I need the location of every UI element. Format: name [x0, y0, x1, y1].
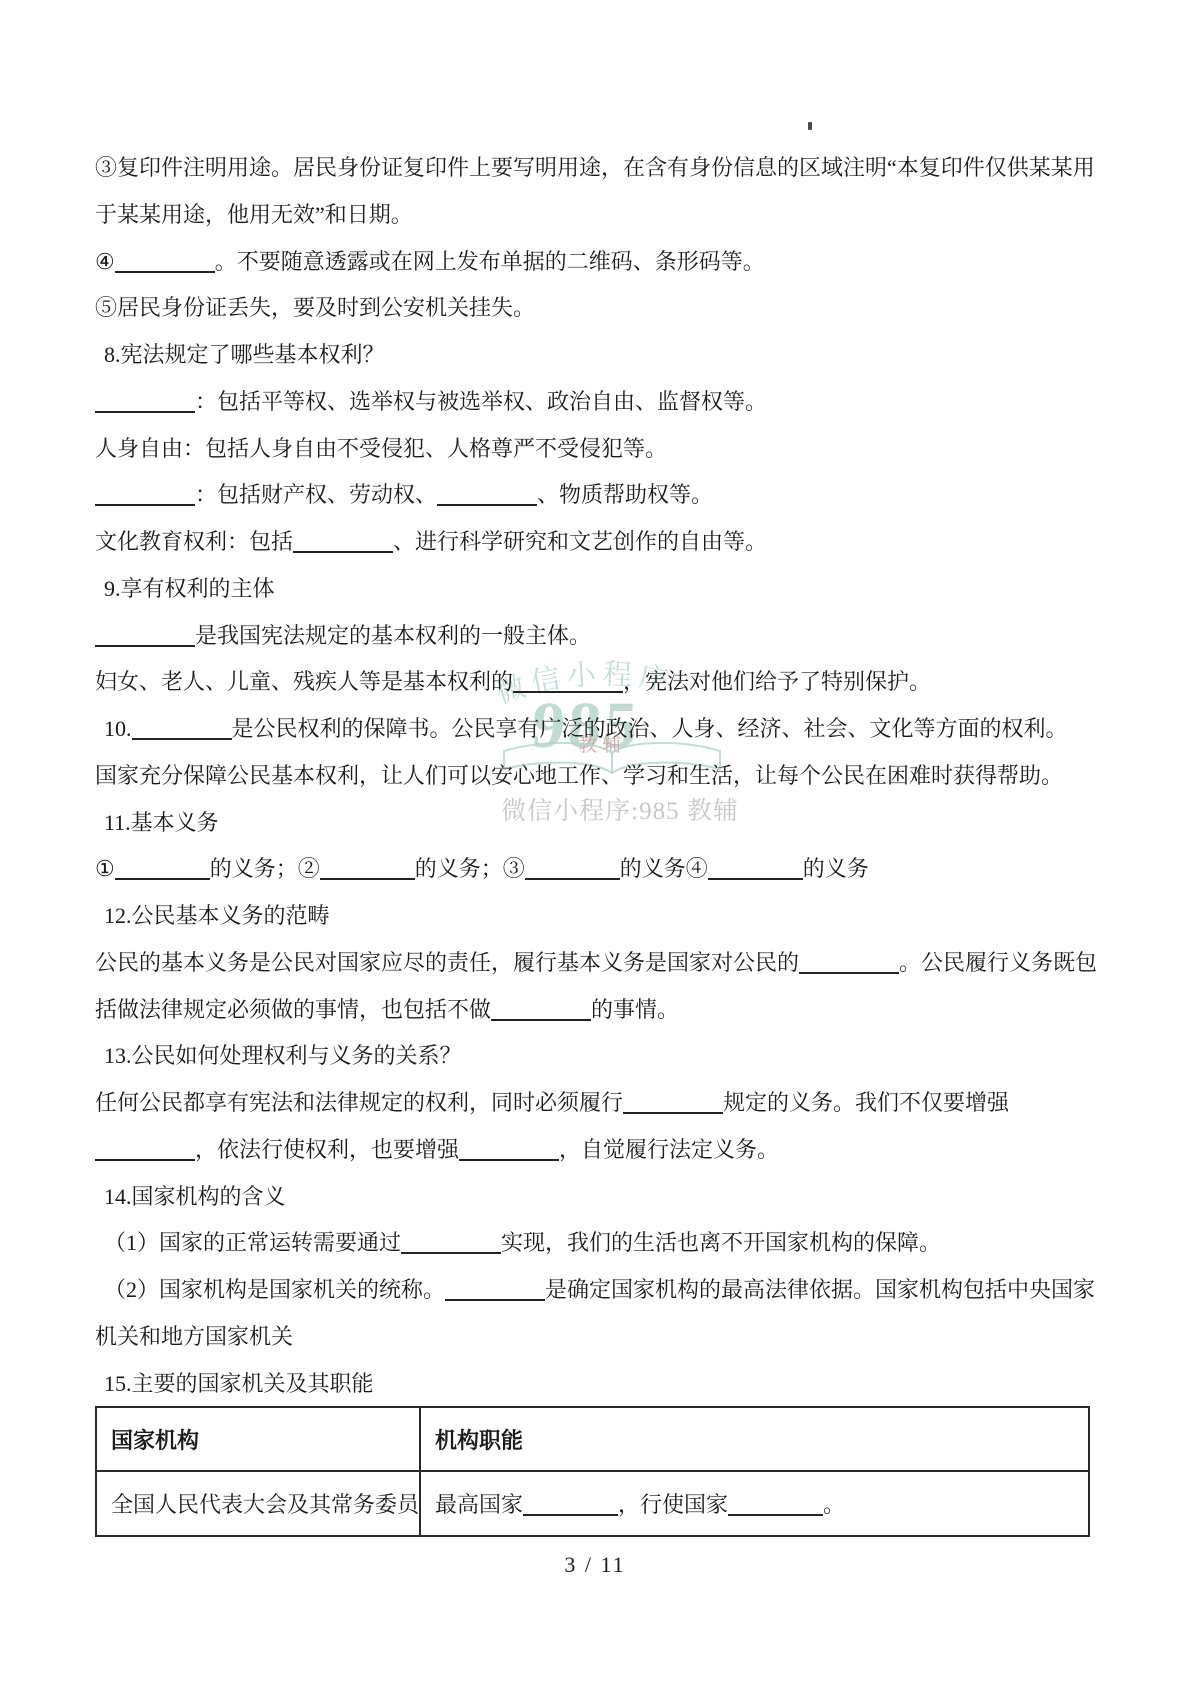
table-header-cell: 机构职能 [420, 1407, 1089, 1471]
text-run: 的义务；③ [415, 856, 525, 881]
table-header-row: 国家机构机构职能 [96, 1407, 1089, 1471]
organ-name-cell: 全国人民代表大会及其常务委员会 [96, 1471, 420, 1536]
blank-underline [401, 1247, 501, 1254]
document-body: ③复印件注明用途。居民身份证复印件上要写明用途，在含有身份信息的区域注明“本复印… [95, 145, 1098, 1407]
doc-line: ③复印件注明用途。居民身份证复印件上要写明用途，在含有身份信息的区域注明“本复印… [95, 145, 1098, 192]
text-run: 国家充分保障公民基本权利，让人们可以安心地工作、学习和生活，让每个公民在困难时获… [95, 763, 1063, 788]
text-run: 规定的义务。我们不仅要增强 [723, 1090, 1009, 1115]
text-run: ④ [95, 249, 115, 274]
doc-line: 公民的基本义务是公民对国家应尽的责任，履行基本义务是国家对公民的。公民履行义务既… [95, 940, 1098, 987]
blank-underline [799, 967, 899, 974]
text-run: 12.公民基本义务的范畴 [104, 903, 330, 928]
text-run: 全国人民代表大会及其常务委员会 [111, 1492, 420, 1517]
organ-function-cell: 最高国家，行使国家。 [420, 1471, 1089, 1536]
text-run: 10. [104, 716, 132, 741]
doc-line: ①的义务；②的义务；③的义务④的义务 [95, 846, 1098, 893]
blank-underline [525, 873, 620, 880]
text-run: 、物质帮助权等。 [537, 482, 713, 507]
doc-line: 任何公民都享有宪法和法律规定的权利，同时必须履行规定的义务。我们不仅要增强 [95, 1080, 1098, 1127]
text-run: 14.国家机构的含义 [104, 1184, 286, 1209]
table-row: 全国人民代表大会及其常务委员会最高国家，行使国家。 [96, 1471, 1089, 1536]
doc-line: （1）国家的正常运转需要通过实现，我们的生活也离不开国家机构的保障。 [95, 1220, 1098, 1267]
doc-line: 文化教育权利：包括、进行科学研究和文艺创作的自由等。 [95, 519, 1098, 566]
doc-line: 于某某用途，他用无效”和日期。 [95, 192, 1098, 239]
text-run: 15.主要的国家机关及其职能 [104, 1371, 374, 1396]
blank-underline [132, 733, 232, 740]
doc-line: 妇女、老人、儿童、残疾人等是基本权利的，宪法对他们给予了特别保护。 [95, 659, 1098, 706]
text-run: 是确定国家机构的最高法律依据。国家机构包括中央国家 [545, 1277, 1095, 1302]
text-run: 实现，我们的生活也离不开国家机构的保障。 [501, 1230, 941, 1255]
text-run: 机关和地方国家机关 [95, 1324, 293, 1349]
blank-underline [728, 1509, 823, 1516]
doc-line: ⑤居民身份证丢失，要及时到公安机关挂失。 [95, 285, 1098, 332]
blank-underline [95, 406, 195, 413]
doc-line: 13.公民如何处理权利与义务的关系？ [95, 1033, 1098, 1080]
text-run: 人身自由：包括人身自由不受侵犯、人格尊严不受侵犯等。 [95, 436, 667, 461]
text-run: （1）国家的正常运转需要通过 [104, 1230, 401, 1255]
page-number: 3 / 11 [0, 1552, 1190, 1578]
text-run: 的事情。 [591, 997, 679, 1022]
text-run: ③复印件注明用途。居民身份证复印件上要写明用途，在含有身份信息的区域注明“本复印… [95, 155, 1095, 180]
blank-underline [623, 1107, 723, 1114]
text-run: ，自觉履行法定义务。 [559, 1137, 779, 1162]
text-run: 的义务；② [210, 856, 320, 881]
doc-line: 14.国家机构的含义 [95, 1174, 1098, 1221]
doc-line: ：包括财产权、劳动权、、物质帮助权等。 [95, 472, 1098, 519]
blank-underline [115, 873, 210, 880]
doc-line: 12.公民基本义务的范畴 [95, 893, 1098, 940]
stray-mark [808, 122, 812, 130]
blank-underline [95, 640, 195, 647]
text-run: 最高国家 [435, 1492, 523, 1517]
text-run: 妇女、老人、儿童、残疾人等是基本权利的 [95, 669, 513, 694]
blank-underline [445, 1294, 545, 1301]
text-run: ① [95, 856, 115, 881]
text-run: 文化教育权利：包括 [95, 529, 293, 554]
blank-underline [708, 873, 803, 880]
text-run: 公民的基本义务是公民对国家应尽的责任，履行基本义务是国家对公民的 [95, 950, 799, 975]
document-page: 微信小程序 985 教辅 微信小程序:985 教辅 ③复印件注明用途。居民身份证… [0, 0, 1190, 1683]
blank-underline [491, 1014, 591, 1021]
text-run: 于某某用途，他用无效”和日期。 [95, 202, 413, 227]
blank-underline [513, 686, 623, 693]
doc-line: 机关和地方国家机关 [95, 1314, 1098, 1361]
doc-line: 10.是公民权利的保障书。公民享有广泛的政治、人身、经济、社会、文化等方面的权利… [95, 706, 1098, 753]
text-run: 是公民权利的保障书。公民享有广泛的政治、人身、经济、社会、文化等方面的权利。 [232, 716, 1068, 741]
text-run: 13.公民如何处理权利与义务的关系？ [104, 1043, 462, 1068]
text-run: 。不要随意透露或在网上发布单据的二维码、条形码等。 [215, 249, 765, 274]
doc-line: 括做法律规定必须做的事情，也包括不做的事情。 [95, 987, 1098, 1034]
text-run: ：包括平等权、选举权与被选举权、政治自由、监督权等。 [195, 389, 767, 414]
table-header-cell: 国家机构 [96, 1407, 420, 1471]
doc-line: 国家充分保障公民基本权利，让人们可以安心地工作、学习和生活，让每个公民在困难时获… [95, 753, 1098, 800]
blank-underline [95, 1154, 195, 1161]
doc-line: ：包括平等权、选举权与被选举权、政治自由、监督权等。 [95, 379, 1098, 426]
text-run: 9.享有权利的主体 [104, 576, 275, 601]
doc-line: 11.基本义务 [95, 800, 1098, 847]
doc-line: 8.宪法规定了哪些基本权利？ [95, 332, 1098, 379]
blank-underline [459, 1154, 559, 1161]
blank-underline [115, 266, 215, 273]
text-run: 、进行科学研究和文艺创作的自由等。 [393, 529, 767, 554]
text-run: 任何公民都享有宪法和法律规定的权利，同时必须履行 [95, 1090, 623, 1115]
text-run: 8.宪法规定了哪些基本权利？ [104, 342, 385, 367]
text-run: ：包括财产权、劳动权、 [195, 482, 437, 507]
doc-line: 人身自由：包括人身自由不受侵犯、人格尊严不受侵犯等。 [95, 426, 1098, 473]
blank-underline [437, 499, 537, 506]
doc-line: ④。不要随意透露或在网上发布单据的二维码、条形码等。 [95, 239, 1098, 286]
text-run: 的义务④ [620, 856, 708, 881]
doc-line: 15.主要的国家机关及其职能 [95, 1361, 1098, 1408]
text-run: ，行使国家 [618, 1492, 728, 1517]
text-run: ，依法行使权利，也要增强 [195, 1137, 459, 1162]
state-organs-table: 国家机构机构职能全国人民代表大会及其常务委员会最高国家，行使国家。 [95, 1406, 1090, 1537]
blank-underline [320, 873, 415, 880]
text-run: 的义务 [803, 856, 869, 881]
text-run: 。公民履行义务既包 [899, 950, 1097, 975]
blank-underline [523, 1509, 618, 1516]
doc-line: （2）国家机构是国家机关的统称。是确定国家机构的最高法律依据。国家机构包括中央国… [95, 1267, 1098, 1314]
doc-line: 9.享有权利的主体 [95, 566, 1098, 613]
doc-line: ，依法行使权利，也要增强，自觉履行法定义务。 [95, 1127, 1098, 1174]
text-run: 括做法律规定必须做的事情，也包括不做 [95, 997, 491, 1022]
text-run: 是我国宪法规定的基本权利的一般主体。 [195, 623, 591, 648]
text-run: 11.基本义务 [104, 810, 219, 835]
doc-line: 是我国宪法规定的基本权利的一般主体。 [95, 613, 1098, 660]
text-run: 。 [823, 1492, 845, 1517]
text-run: ⑤居民身份证丢失，要及时到公安机关挂失。 [95, 295, 535, 320]
text-run: ，宪法对他们给予了特别保护。 [623, 669, 931, 694]
blank-underline [95, 499, 195, 506]
blank-underline [293, 546, 393, 553]
text-run: （2）国家机构是国家机关的统称。 [104, 1277, 445, 1302]
